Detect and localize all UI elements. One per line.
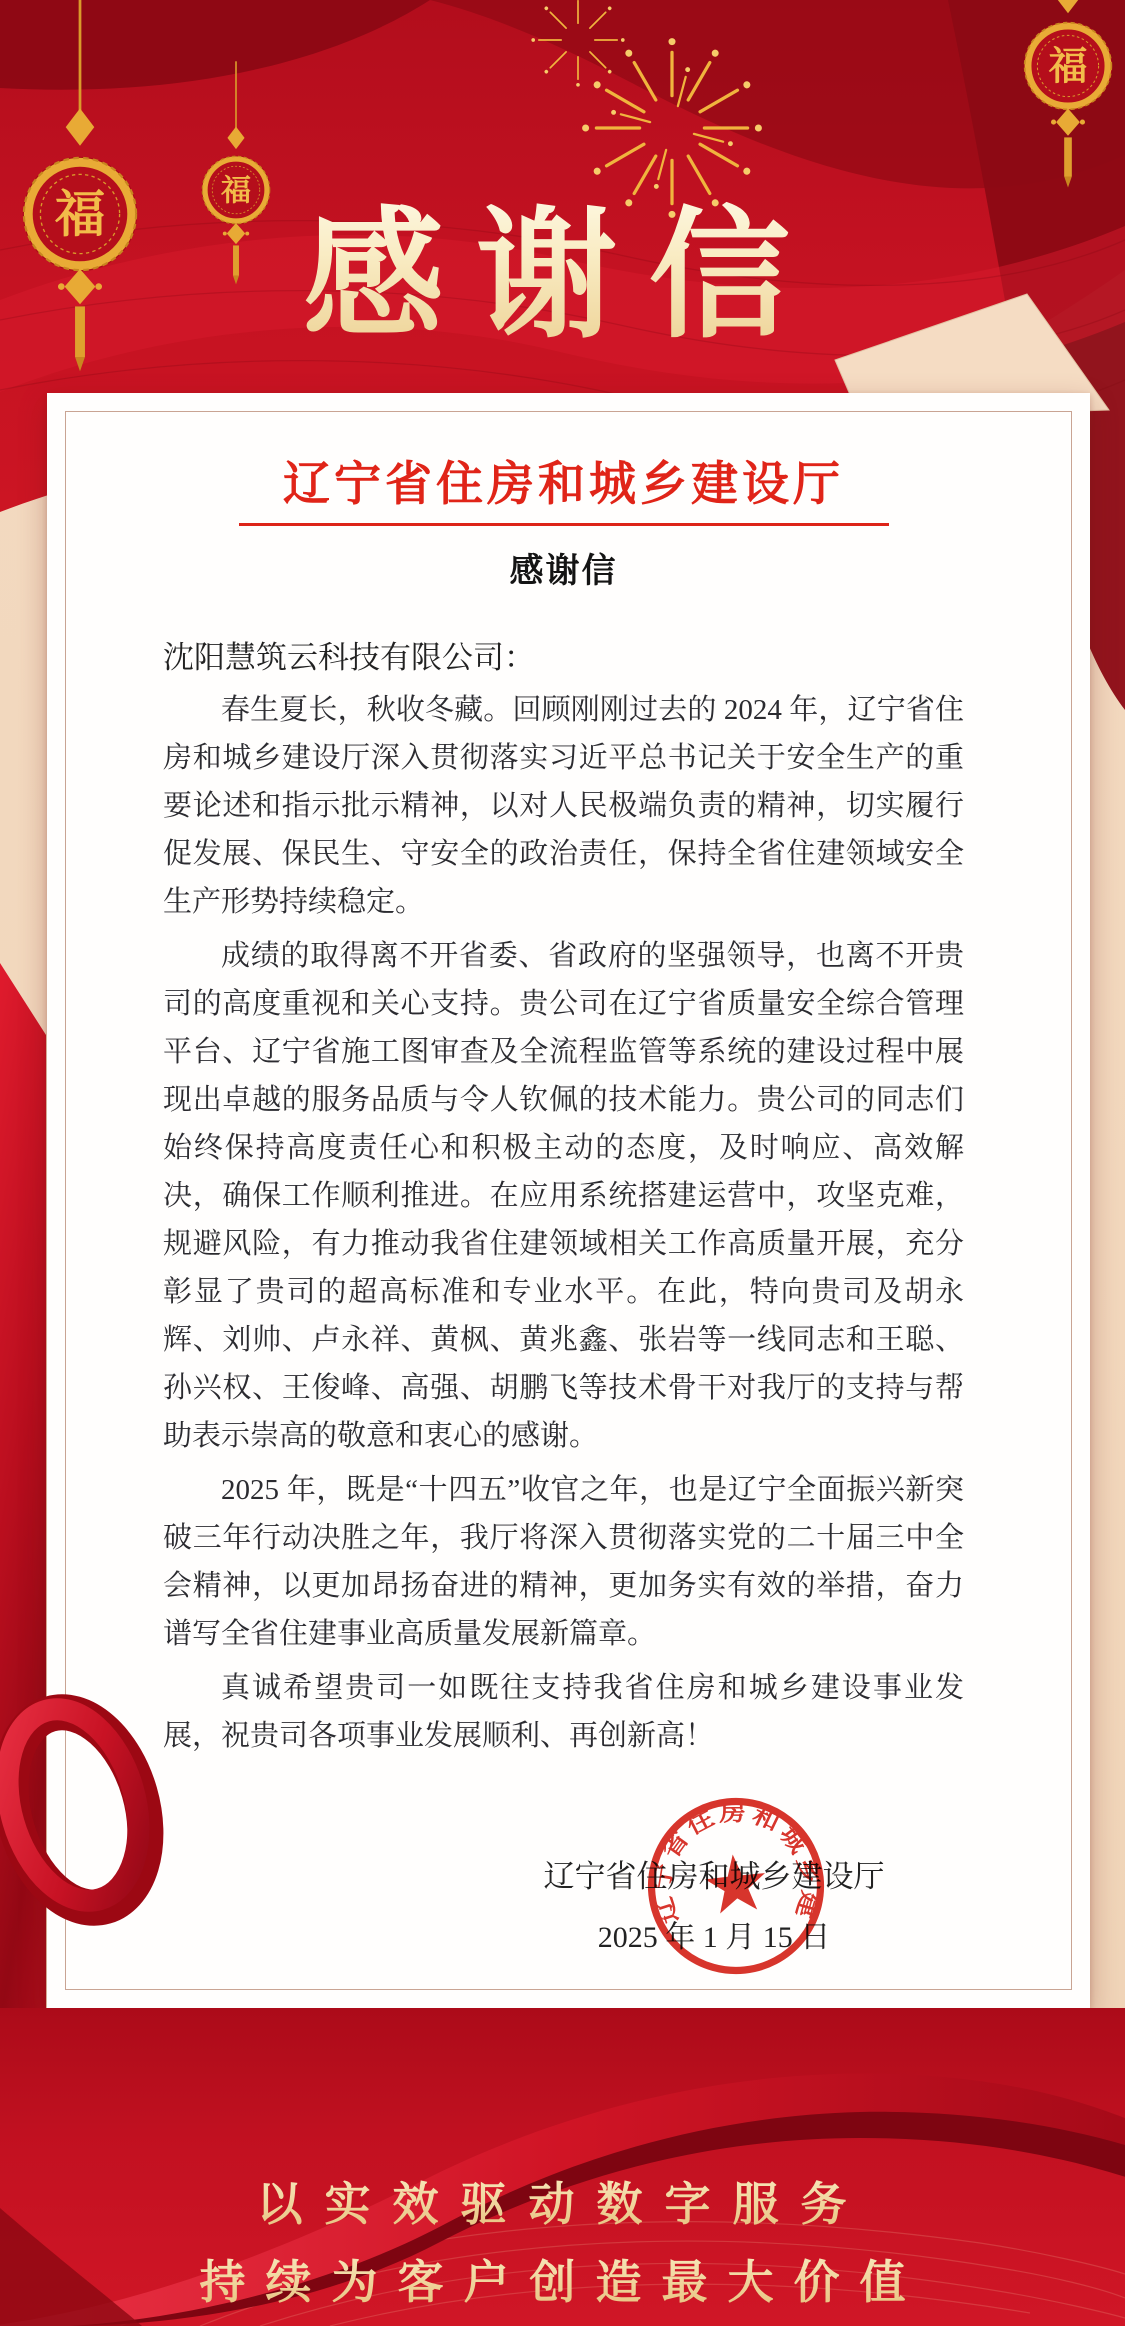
official-seal: 辽宁省住房和城乡建设厅 [630,1780,841,1991]
header-underline [239,523,889,526]
footer-slogan-line2: 持续为客户创造最大价值 [0,2246,1125,2312]
letter-subtitle: 感谢信 [163,552,964,592]
seal-star-icon [703,1851,769,1914]
footer-band: 以实效驱动数字服务 持续为客户创造最大价值 [0,2008,1125,2326]
ribbon-loop-decoration [0,1650,270,2050]
letter-paragraph: 2025 年，既是“十四五”收官之年，也是辽宁全面振兴新突破三年行动决胜之年，我… [163,1466,964,1658]
footer-slogan-line1: 以实效驱动数字服务 [0,2168,1125,2234]
letter-paragraph: 真诚希望贵司一如既往支持我省住房和城乡建设事业发展，祝贵司各项事业发展顺利、再创… [163,1664,964,1760]
letter-salutation: 沈阳慧筑云科技有限公司： [163,636,964,680]
poster-page: 福 [0,0,1125,2326]
letter-paragraph: 成绩的取得离不开省委、省政府的坚强领导，也离不开贵司的高度重视和关心支持。贵公司… [163,932,964,1460]
letter-body: 春生夏长，秋收冬藏。回顾刚刚过去的 2024 年，辽宁省住房和城乡建设厅深入贯彻… [163,686,964,1760]
letter-header: 辽宁省住房和城乡建设厅 [163,457,964,513]
letter-paragraph: 春生夏长，秋收冬藏。回顾刚刚过去的 2024 年，辽宁省住房和城乡建设厅深入贯彻… [163,686,964,926]
